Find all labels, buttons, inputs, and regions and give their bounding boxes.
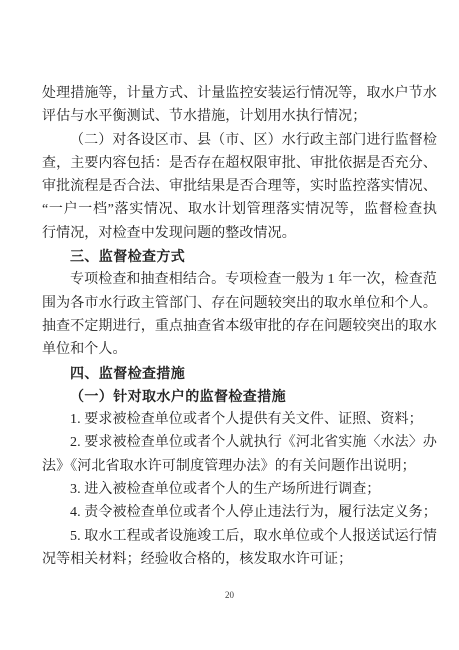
text-line: 1. 要求被检查单位或者个人提供有关文件、证照、资料； bbox=[42, 408, 437, 431]
text-line: 5. 取水工程或者设施竣工后，取水单位或个人报送试运行情 bbox=[42, 525, 437, 548]
text-line: 3. 进入被检查单位或者个人的生产场所进行调查； bbox=[42, 478, 437, 501]
text-line: 专项检查和抽查相结合。专项检查一般为 1 年一次，检查范 bbox=[42, 268, 437, 291]
text-line: 2. 要求被检查单位或者个人就执行《河北省实施〈水法〉办 bbox=[42, 431, 437, 454]
document-page: 处理措施等，计量方式、计量监控安装运行情况等，取水户节水评估与水平衡测试、节水措… bbox=[0, 0, 459, 650]
heading-line: 四、监督检查措施 bbox=[42, 362, 437, 385]
text-line: 查，主要内容包括：是否存在超权限审批、审批依据是否充分、 bbox=[42, 152, 437, 175]
text-line: 单位和个人。 bbox=[42, 338, 437, 361]
page-number: 20 bbox=[0, 590, 459, 600]
text-line: 抽查不定期进行，重点抽查省本级审批的存在问题较突出的取水 bbox=[42, 315, 437, 338]
text-line: 审批流程是否合法、审批结果是否合理等，实时监控落实情况、 bbox=[42, 175, 437, 198]
text-line: 评估与水平衡测试、节水措施，计划用水执行情况； bbox=[42, 105, 437, 128]
text-line: 法》《河北省取水许可制度管理办法》的有关问题作出说明； bbox=[42, 455, 437, 478]
document-body: 处理措施等，计量方式、计量监控安装运行情况等，取水户节水评估与水平衡测试、节水措… bbox=[42, 82, 437, 571]
text-line: 行情况，对检查中发现问题的整改情况。 bbox=[42, 222, 437, 245]
text-line: 4. 责令被检查单位或者个人停止违法行为，履行法定义务； bbox=[42, 501, 437, 524]
text-line: （二）对各设区市、县（市、区）水行政主部门进行监督检 bbox=[42, 129, 437, 152]
text-line: “一户一档”落实情况、取水计划管理落实情况等，监督检查执 bbox=[42, 198, 437, 221]
heading-line: 三、监督检查方式 bbox=[42, 245, 437, 268]
text-line: 况等相关材料；经验收合格的，核发取水许可证； bbox=[42, 548, 437, 571]
heading-line: （一）针对取水户的监督检查措施 bbox=[42, 385, 437, 408]
text-line: 围为各市水行政主管部门、存在问题较突出的取水单位和个人。 bbox=[42, 292, 437, 315]
text-line: 处理措施等，计量方式、计量监控安装运行情况等，取水户节水 bbox=[42, 82, 437, 105]
